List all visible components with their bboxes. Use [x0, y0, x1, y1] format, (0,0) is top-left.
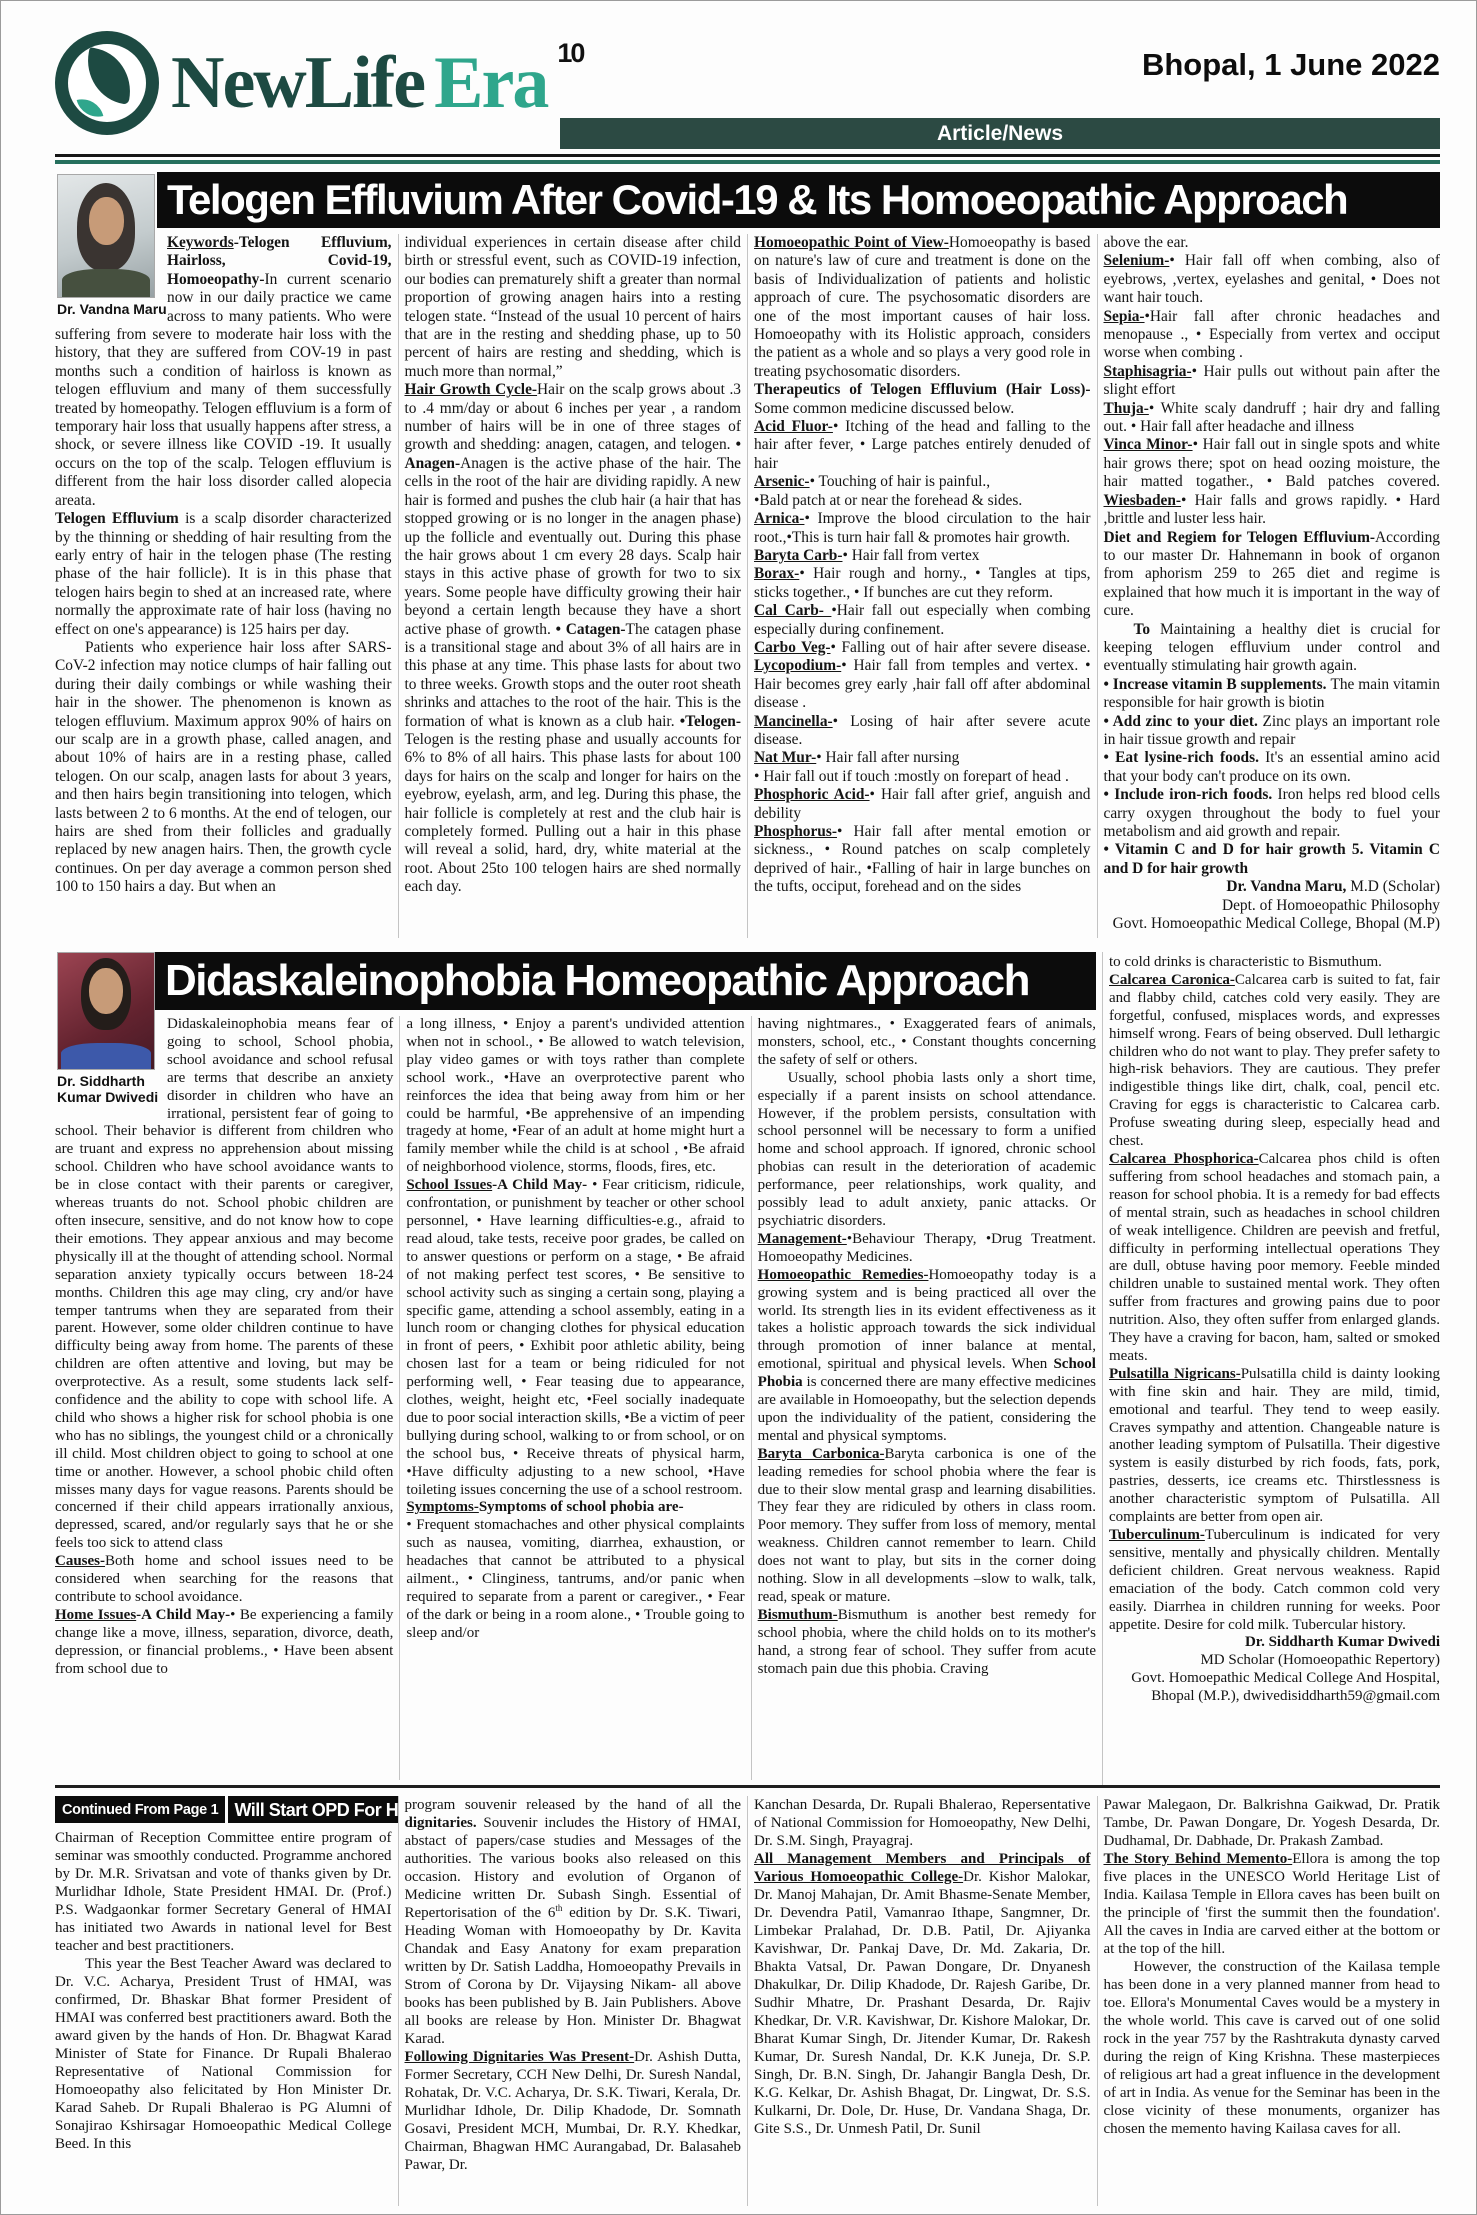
paragraph: Patients who experience hair loss after … — [55, 639, 392, 897]
leaf-icon — [81, 47, 137, 105]
article2-col2: a long illness, • Enjoy a parent's undiv… — [399, 1016, 750, 1780]
paragraph: To Maintaining a healthy diet is crucial… — [1104, 621, 1441, 676]
author-photo-siddharth-dwivedi — [57, 952, 155, 1070]
paragraph: Following Dignitaries Was Present-Dr. As… — [405, 2048, 742, 2174]
article2-left-block: Dr. Siddharth Kumar Dwivedi Didaskaleino… — [55, 952, 1096, 1785]
author-photo-card-siddharth: Dr. Siddharth Kumar Dwivedi — [57, 952, 155, 1105]
author-caption-line1: Dr. Siddharth — [57, 1073, 155, 1089]
continued-col2: program souvenir released by the hand of… — [398, 1796, 748, 2206]
paragraph: individual experiences in certain diseas… — [405, 234, 742, 381]
masthead: NewLifeEra10 Bhopal, 1 June 2022 Article… — [55, 31, 1440, 149]
article1-col2-text: individual experiences in certain diseas… — [405, 234, 742, 897]
paragraph: • Eat lysine-rich foods. It's an essenti… — [1104, 749, 1441, 786]
paragraph: Arnica-• Improve the blood circulation t… — [754, 510, 1091, 547]
paragraph: This year the Best Teacher Award was dec… — [55, 1955, 392, 2153]
paragraph: Homoeopathic Point of View-Homoeopathy i… — [754, 234, 1091, 381]
paragraph: • Increase vitamin B supplements. The ma… — [1104, 676, 1441, 713]
paragraph: • Hair fall out if touch :mostly on fore… — [754, 768, 1091, 786]
paragraph: Borax-• Hair rough and horny., • Tangles… — [754, 565, 1091, 602]
paragraph: Nat Mur-• Hair fall after nursing — [754, 749, 1091, 767]
paragraph: Telogen Effluvium is a scalp disorder ch… — [55, 510, 392, 639]
paragraph: Thuja-• White scaly dandruff ; hair dry … — [1104, 400, 1441, 437]
paragraph: Selenium-• Hair fall off when combing, a… — [1104, 252, 1441, 307]
paragraph: a long illness, • Enjoy a parent's undiv… — [406, 1016, 744, 1177]
paragraph: Pulsatilla Nigricans-Pulsatilla child is… — [1109, 1366, 1440, 1527]
small-leaf-icon — [77, 95, 104, 122]
continued-col4-text: Pawar Malegaon, Dr. Balkrishna Gaikwad, … — [1104, 1796, 1441, 2138]
paragraph: Acid Fluor-• Itching of the head and fal… — [754, 418, 1091, 473]
continued-col3: Kanchan Desarda, Dr. Rupali Bhalerao, Re… — [747, 1796, 1097, 2206]
paragraph: Bhopal (M.P.), dwivedisiddharth59@gmail.… — [1109, 1688, 1440, 1706]
paragraph: All Management Members and Principals of… — [754, 1850, 1091, 2138]
paragraph: Chairman of Reception Committee entire p… — [55, 1829, 392, 1955]
paragraph: • Frequent stomachaches and other physic… — [406, 1517, 744, 1642]
continued-columns: Continued From Page 1 Will Start OPD For… — [55, 1796, 1440, 2206]
author-caption: Dr. Vandna Maru — [57, 301, 155, 317]
paragraph: Symptoms-Symptoms of school phobia are- — [406, 1499, 744, 1517]
paragraph: Baryta Carb-• Hair fall from vertex — [754, 547, 1091, 565]
article2-title-banner: Didaskaleinophobia Homeopathic Approach — [155, 952, 1096, 1010]
paragraph: Hair Growth Cycle-Hair on the scalp grow… — [405, 381, 742, 896]
article1-col3-text: Homoeopathic Point of View-Homoeopathy i… — [754, 234, 1091, 897]
paragraph: Mancinella-• Losing of hair after severe… — [754, 713, 1091, 750]
paragraph: Phosphorus-• Hair fall after mental emot… — [754, 823, 1091, 897]
paragraph: Homoeopathic Remedies-Homoeopathy today … — [758, 1267, 1096, 1446]
continued-section: Continued From Page 1 Will Start OPD For… — [55, 1796, 1440, 2206]
brand-name-part2: Era — [434, 42, 547, 124]
paragraph: Bismuthum-Bismuthum is another best reme… — [758, 1607, 1096, 1679]
paragraph: Therapeutics of Telogen Effluvium (Hair … — [754, 381, 1091, 418]
paragraph: Tuberculinum-Tuberculinum is indicated f… — [1109, 1527, 1440, 1634]
continued-title-banner: Will Start OPD For Homoeop...... — [228, 1796, 397, 1823]
paragraph: School Issues-A Child May- • Fear critic… — [406, 1177, 744, 1499]
paragraph: Cal Carb- •Hair fall out especially when… — [754, 602, 1091, 639]
paragraph: The Story Behind Memento-Ellora is among… — [1104, 1850, 1441, 1958]
paragraph: Calcarea Caronica-Calcarea carb is suite… — [1109, 972, 1440, 1151]
article2-columns: Didaskaleinophobia means fear of going t… — [55, 1016, 1096, 1780]
newlife-era-leaf-logo-icon — [55, 31, 159, 135]
continued-col1-text: Chairman of Reception Committee entire p… — [55, 1829, 392, 2153]
article2-col4-text: to cold drinks is characteristic to Bism… — [1109, 954, 1440, 1706]
paragraph: Govt. Homoepathic Medical College And Ho… — [1109, 1670, 1440, 1688]
paragraph: Home Issues-A Child May-• Be experiencin… — [55, 1607, 393, 1679]
photo-silhouette — [61, 1043, 151, 1069]
page-number: 10 — [557, 40, 583, 67]
article2-col4: to cold drinks is characteristic to Bism… — [1102, 952, 1440, 1785]
paragraph: Calcarea Phosphorica-Calcarea phos child… — [1109, 1151, 1440, 1366]
continued-col4: Pawar Malegaon, Dr. Balkrishna Gaikwad, … — [1097, 1796, 1441, 2206]
dateline: Bhopal, 1 June 2022 — [1142, 47, 1440, 83]
paragraph: Phosphoric Acid-• Hair fall after grief,… — [754, 786, 1091, 823]
paragraph: Diet and Regiem for Telogen Effluvium-Ac… — [1104, 529, 1441, 621]
article1-col4-text: above the ear.Selenium-• Hair fall off w… — [1104, 234, 1441, 933]
paragraph: Carbo Veg-• Falling out of hair after se… — [754, 639, 1091, 713]
article2-col3-text: having nightmares., • Exaggerated fears … — [758, 1016, 1096, 1679]
article1-title-banner: Telogen Effluvium After Covid-19 & Its H… — [157, 172, 1440, 228]
article-didaskaleinophobia: Dr. Siddharth Kumar Dwivedi Didaskaleino… — [55, 952, 1440, 1788]
photo-silhouette — [62, 269, 150, 297]
paragraph: Dept. of Homoeopathic Philosophy — [1104, 897, 1441, 915]
article2-col1: Didaskaleinophobia means fear of going t… — [55, 1016, 399, 1780]
paragraph: having nightmares., • Exaggerated fears … — [758, 1016, 1096, 1070]
article2-col3: having nightmares., • Exaggerated fears … — [751, 1016, 1096, 1780]
continued-header: Continued From Page 1 Will Start OPD For… — [55, 1796, 392, 1823]
article2-col2-text: a long illness, • Enjoy a parent's undiv… — [406, 1016, 744, 1643]
article1-columns: Keywords-Telogen Effluvium, Hairloss, Co… — [55, 234, 1440, 938]
paragraph: Pawar Malegaon, Dr. Balkrishna Gaikwad, … — [1104, 1796, 1441, 1850]
continued-col2-text: program souvenir released by the hand of… — [405, 1796, 742, 2174]
author-photo-card-vandna: Dr. Vandna Maru — [57, 174, 155, 317]
paragraph: Kanchan Desarda, Dr. Rupali Bhalerao, Re… — [754, 1796, 1091, 1850]
paragraph: Govt. Homoeopathic Medical College, Bhop… — [1104, 915, 1441, 933]
brand-name-part1: NewLife — [171, 42, 424, 124]
divider-dark — [55, 154, 1440, 157]
author-photo-vandna-maru — [57, 174, 155, 298]
paragraph: above the ear. — [1104, 234, 1441, 252]
section-label-bar: Article/News — [560, 118, 1440, 149]
author-caption-line2: Kumar Dwivedi — [57, 1089, 155, 1105]
paragraph: Sepia-•Hair fall after chronic headaches… — [1104, 308, 1441, 363]
paragraph: to cold drinks is characteristic to Bism… — [1109, 954, 1440, 972]
divider-teal — [55, 160, 1440, 164]
paragraph: MD Scholar (Homoeopathic Repertory) — [1109, 1652, 1440, 1670]
paragraph: •Bald patch at or near the forehead & si… — [754, 492, 1091, 510]
paragraph: • Include iron-rich foods. Iron helps re… — [1104, 786, 1441, 841]
article1-col4: above the ear.Selenium-• Hair fall off w… — [1097, 234, 1441, 938]
article1-col1-text: Keywords-Telogen Effluvium, Hairloss, Co… — [55, 234, 392, 897]
paragraph: Baryta Carbonica-Baryta carbonica is one… — [758, 1446, 1096, 1607]
article1-col1: Keywords-Telogen Effluvium, Hairloss, Co… — [55, 234, 398, 938]
article-telogen-effluvium: Dr. Vandna Maru Telogen Effluvium After … — [55, 172, 1440, 942]
newspaper-page: NewLifeEra10 Bhopal, 1 June 2022 Article… — [0, 0, 1477, 2215]
article1-col3: Homoeopathic Point of View-Homoeopathy i… — [747, 234, 1097, 938]
paragraph: Dr. Siddharth Kumar Dwivedi — [1109, 1634, 1440, 1652]
paragraph: However, the construction of the Kailasa… — [1104, 1958, 1441, 2138]
article2-col1-text: Didaskaleinophobia means fear of going t… — [55, 1016, 393, 1679]
paragraph: Usually, school phobia lasts only a shor… — [758, 1070, 1096, 1231]
paragraph: Dr. Vandna Maru, M.D (Scholar) — [1104, 878, 1441, 896]
continued-col3-text: Kanchan Desarda, Dr. Rupali Bhalerao, Re… — [754, 1796, 1091, 2138]
paragraph: Management-•Behaviour Therapy, •Drug Tre… — [758, 1231, 1096, 1267]
paragraph: Arsenic-• Touching of hair is painful., — [754, 473, 1091, 491]
paragraph: program souvenir released by the hand of… — [405, 1796, 742, 2048]
paragraph: Vinca Minor-• Hair fall out in single sp… — [1104, 436, 1441, 528]
paragraph: Causes-Both home and school issues need … — [55, 1553, 393, 1607]
brand-title: NewLifeEra10 — [171, 46, 583, 120]
paragraph: • Add zinc to your diet. Zinc plays an i… — [1104, 713, 1441, 750]
paragraph: • Vitamin C and D for hair growth 5. Vit… — [1104, 841, 1441, 878]
paragraph: Staphisagria-• Hair pulls out without pa… — [1104, 363, 1441, 400]
continued-col1: Continued From Page 1 Will Start OPD For… — [55, 1796, 398, 2206]
continued-from-label: Continued From Page 1 — [55, 1796, 225, 1823]
article1-col2: individual experiences in certain diseas… — [398, 234, 748, 938]
